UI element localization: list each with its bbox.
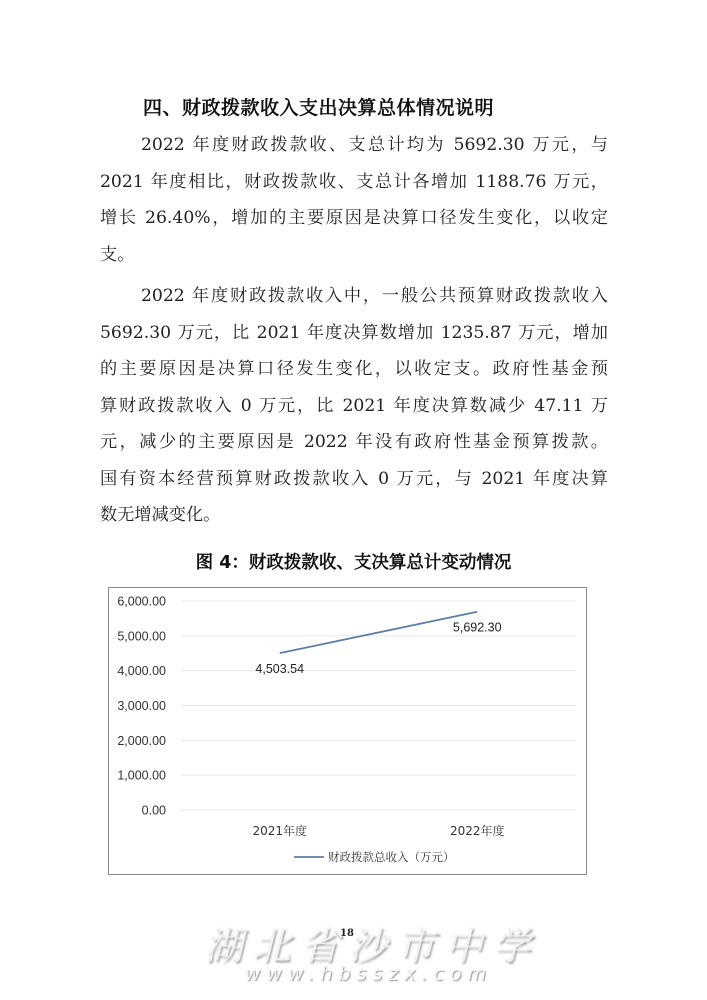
y-tick-label: 5,000.00	[117, 629, 166, 643]
section-heading: 四、财政拨款收入支出决算总体情况说明	[143, 93, 494, 120]
chart-canvas: 0.001,000.002,000.003,000.004,000.005,00…	[109, 588, 588, 876]
text-line: 5692.30 万元，比 2021 年度决算数增加 1235.87 万元，增加	[100, 315, 608, 352]
text-line: 2022 年度财政拨款收入中，一般公共预算财政拨款收入	[100, 278, 608, 315]
y-tick-label: 6,000.00	[117, 595, 166, 609]
y-tick-label: 2,000.00	[117, 734, 166, 748]
x-tick-label: 2022年度	[450, 823, 505, 838]
chart-legend: 财政拨款总收入（万元）	[294, 850, 455, 864]
series-line	[280, 612, 478, 653]
y-axis-ticks: 0.001,000.002,000.003,000.004,000.005,00…	[117, 595, 166, 818]
paragraph-income-detail: 2022 年度财政拨款收入中，一般公共预算财政拨款收入 5692.30 万元，比…	[100, 278, 608, 534]
y-tick-label: 1,000.00	[117, 769, 166, 783]
paragraph-total-summary: 2022 年度财政拨款收、支总计均为 5692.30 万元，与 2021 年度相…	[100, 127, 608, 273]
text-line: 增长 26.40%，增加的主要原因是决算口径发生变化，以收定	[100, 200, 608, 237]
page-number: 18	[340, 928, 354, 939]
text-line: 的主要原因是决算口径发生变化，以收定支。政府性基金预	[100, 351, 608, 388]
text-line: 2022 年度财政拨款收、支总计均为 5692.30 万元，与	[100, 127, 608, 164]
y-tick-label: 3,000.00	[117, 699, 166, 713]
watermark-text: 湖北省沙市中学	[205, 915, 515, 970]
x-axis-ticks: 2021年度2022年度	[252, 823, 504, 838]
text-line: 2021 年度相比，财政拨款收、支总计各增加 1188.76 万元，	[100, 164, 608, 201]
figure-title: 图 4：财政拨款收、支决算总计变动情况	[0, 549, 707, 574]
line-chart: 0.001,000.002,000.003,000.004,000.005,00…	[108, 587, 587, 875]
x-tick-label: 2021年度	[252, 823, 307, 838]
data-labels: 4,503.545,692.30	[255, 621, 501, 676]
y-tick-label: 4,000.00	[117, 664, 166, 678]
y-tick-label: 0.00	[142, 804, 166, 818]
document-page: 四、财政拨款收入支出决算总体情况说明 2022 年度财政拨款收、支总计均为 56…	[0, 0, 707, 1000]
watermark: 湖北省沙市中学 www.hbsszx.com	[205, 915, 515, 990]
text-line: 支。	[100, 237, 608, 274]
text-line: 国有资本经营预算财政拨款收入 0 万元，与 2021 年度决算	[100, 461, 608, 498]
data-label: 4,503.54	[255, 662, 304, 676]
text-line: 算财政拨款收入 0 万元，比 2021 年度决算数减少 47.11 万	[100, 388, 608, 425]
text-line: 数无增减变化。	[100, 497, 608, 534]
watermark-url: www.hbsszx.com	[245, 963, 492, 985]
legend-label: 财政拨款总收入（万元）	[328, 850, 455, 864]
text-line: 元，减少的主要原因是 2022 年没有政府性基金预算拨款。	[100, 424, 608, 461]
data-label: 5,692.30	[453, 621, 502, 635]
